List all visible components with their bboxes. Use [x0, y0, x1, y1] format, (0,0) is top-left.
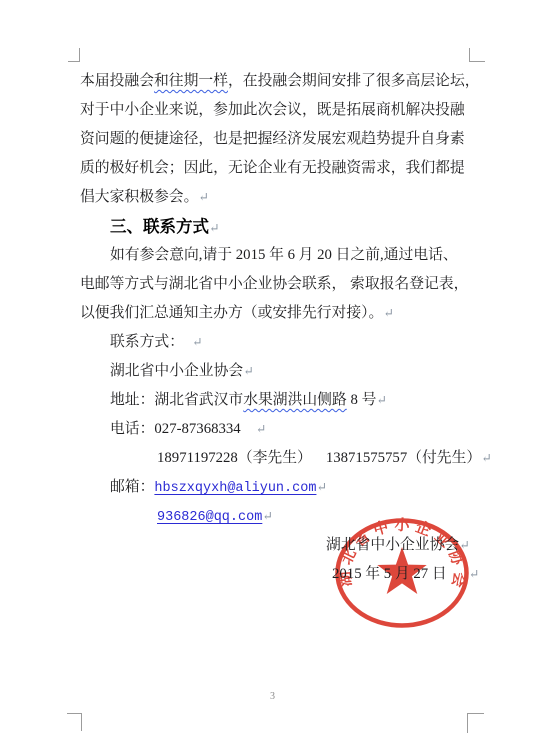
paragraph-mark: ↵ [459, 538, 469, 552]
signature-organization: 湖北省中小企业协会 [326, 537, 459, 553]
margin-mark-bottom-right [467, 713, 484, 733]
paragraph-mark: ↵ [192, 335, 202, 349]
phone-number: 电话：027-87368334 [110, 421, 241, 437]
body-line-2: 对于中小企业来说，参加此次会议，既是拓展商机解决投融 [80, 96, 480, 125]
paragraph-mark: ↵ [198, 190, 208, 204]
spellcheck-flagged-text: 水果湖洪山侧路 [243, 392, 347, 408]
contact-phone-line-2: 18971197228（李先生）13871575757（付先生）↵ [80, 444, 480, 473]
contact-org-line: 湖北省中小企业协会↵ [80, 357, 480, 386]
paragraph-mark: ↵ [469, 567, 479, 581]
body-line-6: 如有参会意向,请于 2015 年 6 月 20 日之前,通过电话、 [80, 241, 480, 270]
paragraph-mark: ↵ [209, 221, 219, 235]
paragraph-mark: ↵ [481, 451, 491, 465]
page-number: 3 [0, 691, 545, 702]
document-page: 湖北省中小企业协会 本届投融会和往期一样，在投融会期间安排了很多高层论坛， 对于… [0, 0, 545, 751]
contact-address-line: 地址：湖北省武汉市水果湖洪山侧路 8 号↵ [80, 386, 480, 415]
phone-number-li: 18971197228（李先生） [157, 450, 312, 466]
body-line-5: 倡大家积极参会。↵ [80, 183, 480, 212]
paragraph-mark: ↵ [383, 306, 393, 320]
margin-mark-top-left [68, 48, 80, 62]
margin-mark-bottom-left [67, 713, 82, 731]
spellcheck-flagged-text: 和往期一样 [154, 73, 228, 89]
text-run: 对于中小企业来说，参加此次会议，既是拓展商机解决投融 [80, 102, 465, 118]
paragraph-mark: ↵ [243, 364, 253, 378]
text-run: ，在投融会期间安排了很多高层论坛， [228, 73, 480, 89]
contact-email-line-2: 936826@qq.com↵ [80, 502, 480, 531]
contact-intro-line: 联系方式：↵ [80, 328, 480, 357]
body-line-1: 本届投融会和往期一样，在投融会期间安排了很多高层论坛， [80, 67, 480, 96]
paragraph-mark: ↵ [316, 480, 326, 494]
body-line-4: 质的极好机会；因此，无论企业有无投融资需求，我们都提 [80, 154, 480, 183]
body-line-7: 电邮等方式与湖北省中小企业协会联系， 索取报名登记表， [80, 270, 480, 299]
heading-text: 三、联系方式 [110, 217, 209, 236]
text-run: 8 号 [347, 392, 377, 408]
organization-name: 湖北省中小企业协会 [110, 363, 243, 379]
text-run: 本届投融会 [80, 73, 154, 89]
text-run: 质的极好机会；因此，无论企业有无投融资需求，我们都提 [80, 160, 465, 176]
body-line-8: 以便我们汇总通知主办方（或安排先行对接）。↵ [80, 299, 480, 328]
signature-org-line: 湖北省中小企业协会↵ [80, 531, 480, 560]
text-run: 地址：湖北省武汉市 [110, 392, 243, 408]
signature-date: 2015 年 5 月 27 日 [332, 566, 447, 582]
phone-number-fu: 13871575757（付先生） [326, 450, 481, 466]
email-link-aliyun[interactable]: hbszxqyxh@aliyun.com [154, 481, 316, 496]
signature-date-line: 2015 年 5 月 27 日↵ [80, 560, 480, 589]
text-run: 如有参会意向,请于 2015 年 6 月 20 日之前,通过电话、 [110, 247, 458, 263]
contact-phone-line-1: 电话：027-87368334↵ [80, 415, 480, 444]
margin-mark-top-right [469, 48, 485, 62]
text-run: 倡大家积极参会。 [80, 189, 198, 205]
text-run: 电邮等方式与湖北省中小企业协会联系， 索取报名登记表， [80, 276, 468, 292]
text-run: 以便我们汇总通知主办方（或安排先行对接）。 [80, 305, 383, 321]
paragraph-mark: ↵ [256, 422, 266, 436]
email-link-qq[interactable]: 936826@qq.com [157, 510, 262, 525]
paragraph-mark: ↵ [262, 509, 272, 523]
body-line-3: 资问题的便捷途径，也是把握经济发展宏观趋势提升自身素 [80, 125, 480, 154]
section-heading-contact: 三、联系方式↵ [80, 212, 480, 241]
document-body: 本届投融会和往期一样，在投融会期间安排了很多高层论坛， 对于中小企业来说，参加此… [80, 67, 480, 589]
text-run: 联系方式： [110, 334, 184, 350]
contact-email-line-1: 邮箱：hbszxqyxh@aliyun.com↵ [80, 473, 480, 502]
paragraph-mark: ↵ [376, 393, 386, 407]
email-label: 邮箱： [110, 479, 154, 495]
text-run: 资问题的便捷途径，也是把握经济发展宏观趋势提升自身素 [80, 131, 465, 147]
